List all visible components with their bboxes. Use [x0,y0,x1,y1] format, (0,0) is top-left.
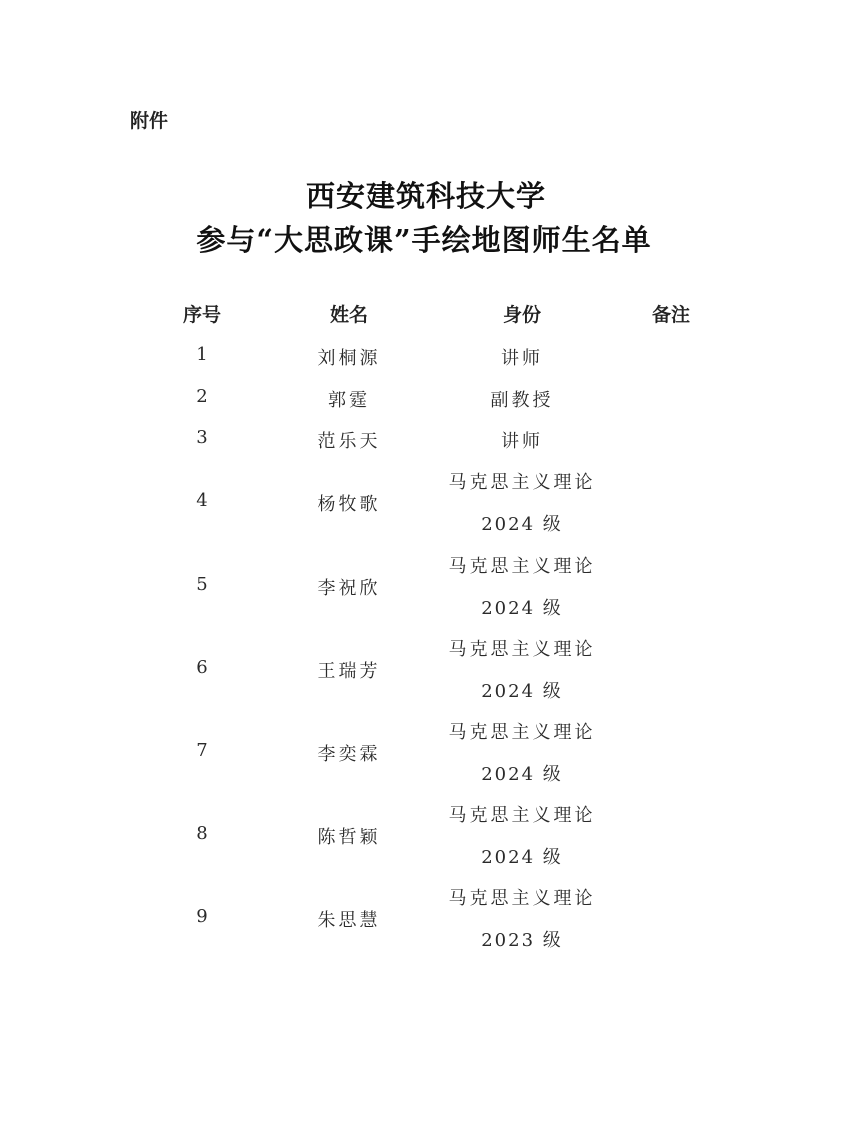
row-index: 7 [196,740,207,761]
row-name: 郭霆 [328,386,370,412]
row-name: 陈哲颖 [318,823,381,849]
row-index: 9 [196,906,207,927]
row-index: 2 [196,386,207,407]
row-role-cohort: 2024 级 [481,677,563,703]
row-name: 范乐天 [318,427,381,453]
row-index: 8 [196,823,207,844]
row-role-cohort: 2024 级 [481,843,563,869]
row-name: 李奕霖 [318,740,381,766]
row-role-cohort: 2024 级 [481,510,563,536]
row-name: 王瑞芳 [318,657,381,683]
row-role-cohort: 2024 级 [481,760,563,786]
row-role: 马克思主义理论 [449,884,596,910]
row-role: 马克思主义理论 [449,801,596,827]
attachment-label: 附件 [130,106,168,133]
row-index: 1 [196,344,207,365]
row-role: 讲师 [501,427,543,453]
row-name: 杨牧歌 [318,490,381,516]
row-name: 朱思慧 [318,906,381,932]
row-index: 6 [196,657,207,678]
row-name: 李祝欣 [318,574,381,600]
row-role-cohort: 2023 级 [481,926,563,952]
row-role: 讲师 [501,344,543,370]
header-index: 序号 [183,300,221,327]
header-role: 身份 [503,300,541,327]
row-role: 马克思主义理论 [449,635,596,661]
row-index: 5 [196,574,207,595]
row-role: 副教授 [491,386,554,412]
row-index: 4 [196,490,207,511]
document-title-line2: 参与“大思政课”手绘地图师生名单 [0,218,848,259]
header-name: 姓名 [330,300,368,327]
document-title-line1: 西安建筑科技大学 [2,174,848,215]
row-role: 马克思主义理论 [449,468,596,494]
row-role: 马克思主义理论 [449,718,596,744]
row-name: 刘桐源 [318,344,381,370]
header-note: 备注 [652,300,690,327]
row-role: 马克思主义理论 [449,552,596,578]
row-role-cohort: 2024 级 [481,594,563,620]
row-index: 3 [196,427,207,448]
